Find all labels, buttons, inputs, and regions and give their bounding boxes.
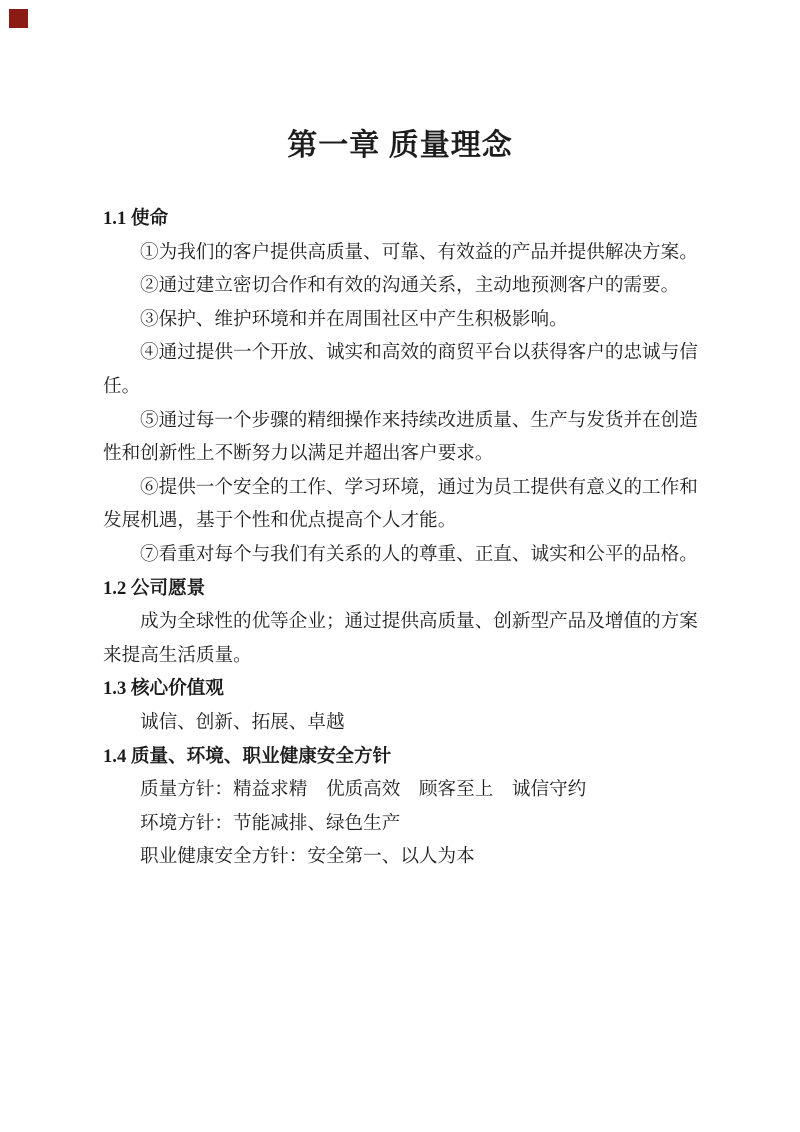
corner-marker bbox=[9, 9, 28, 28]
paragraph-line: 职业健康安全方针：安全第一、以人为本 bbox=[103, 840, 715, 874]
section-heading: 1.4 质量、环境、职业健康安全方针 bbox=[103, 740, 715, 774]
paragraph-line: ①为我们的客户提供高质量、可靠、有效益的产品并提供解决方案。 bbox=[103, 236, 715, 270]
document-page: 第一章 质量理念 1.1 使命 ①为我们的客户提供高质量、可靠、有效益的产品并提… bbox=[0, 0, 800, 1132]
paragraph-line: 性和创新性上不断努力以满足并超出客户要求。 bbox=[103, 437, 715, 471]
paragraph-line: 环境方针：节能减排、绿色生产 bbox=[103, 807, 715, 841]
section-heading: 1.1 使命 bbox=[103, 202, 715, 236]
section-heading: 1.3 核心价值观 bbox=[103, 672, 715, 706]
chapter-title: 第一章 质量理念 bbox=[0, 0, 800, 167]
paragraph-line: ⑤通过每一个步骤的精细操作来持续改进质量、生产与发货并在创造 bbox=[103, 404, 715, 438]
paragraph-line: 质量方针：精益求精 优质高效 顾客至上 诚信守约 bbox=[103, 773, 715, 807]
paragraph-line: ⑥提供一个安全的工作、学习环境，通过为员工提供有意义的工作和 bbox=[103, 471, 715, 505]
paragraph-line: ⑦看重对每个与我们有关系的人的尊重、正直、诚实和公平的品格。 bbox=[103, 538, 715, 572]
paragraph-line: 诚信、创新、拓展、卓越 bbox=[103, 706, 715, 740]
paragraph-line: ②通过建立密切合作和有效的沟通关系，主动地预测客户的需要。 bbox=[103, 269, 715, 303]
paragraph-line: ④通过提供一个开放、诚实和高效的商贸平台以获得客户的忠诚与信 bbox=[103, 336, 715, 370]
paragraph-line: 任。 bbox=[103, 370, 715, 404]
paragraph-line: ③保护、维护环境和并在周围社区中产生积极影响。 bbox=[103, 303, 715, 337]
paragraph-line: 来提高生活质量。 bbox=[103, 639, 715, 673]
paragraph-line: 成为全球性的优等企业；通过提供高质量、创新型产品及增值的方案 bbox=[103, 605, 715, 639]
paragraph-line: 发展机遇，基于个性和优点提高个人才能。 bbox=[103, 504, 715, 538]
document-body: 1.1 使命 ①为我们的客户提供高质量、可靠、有效益的产品并提供解决方案。 ②通… bbox=[103, 202, 715, 874]
section-heading: 1.2 公司愿景 bbox=[103, 572, 715, 606]
